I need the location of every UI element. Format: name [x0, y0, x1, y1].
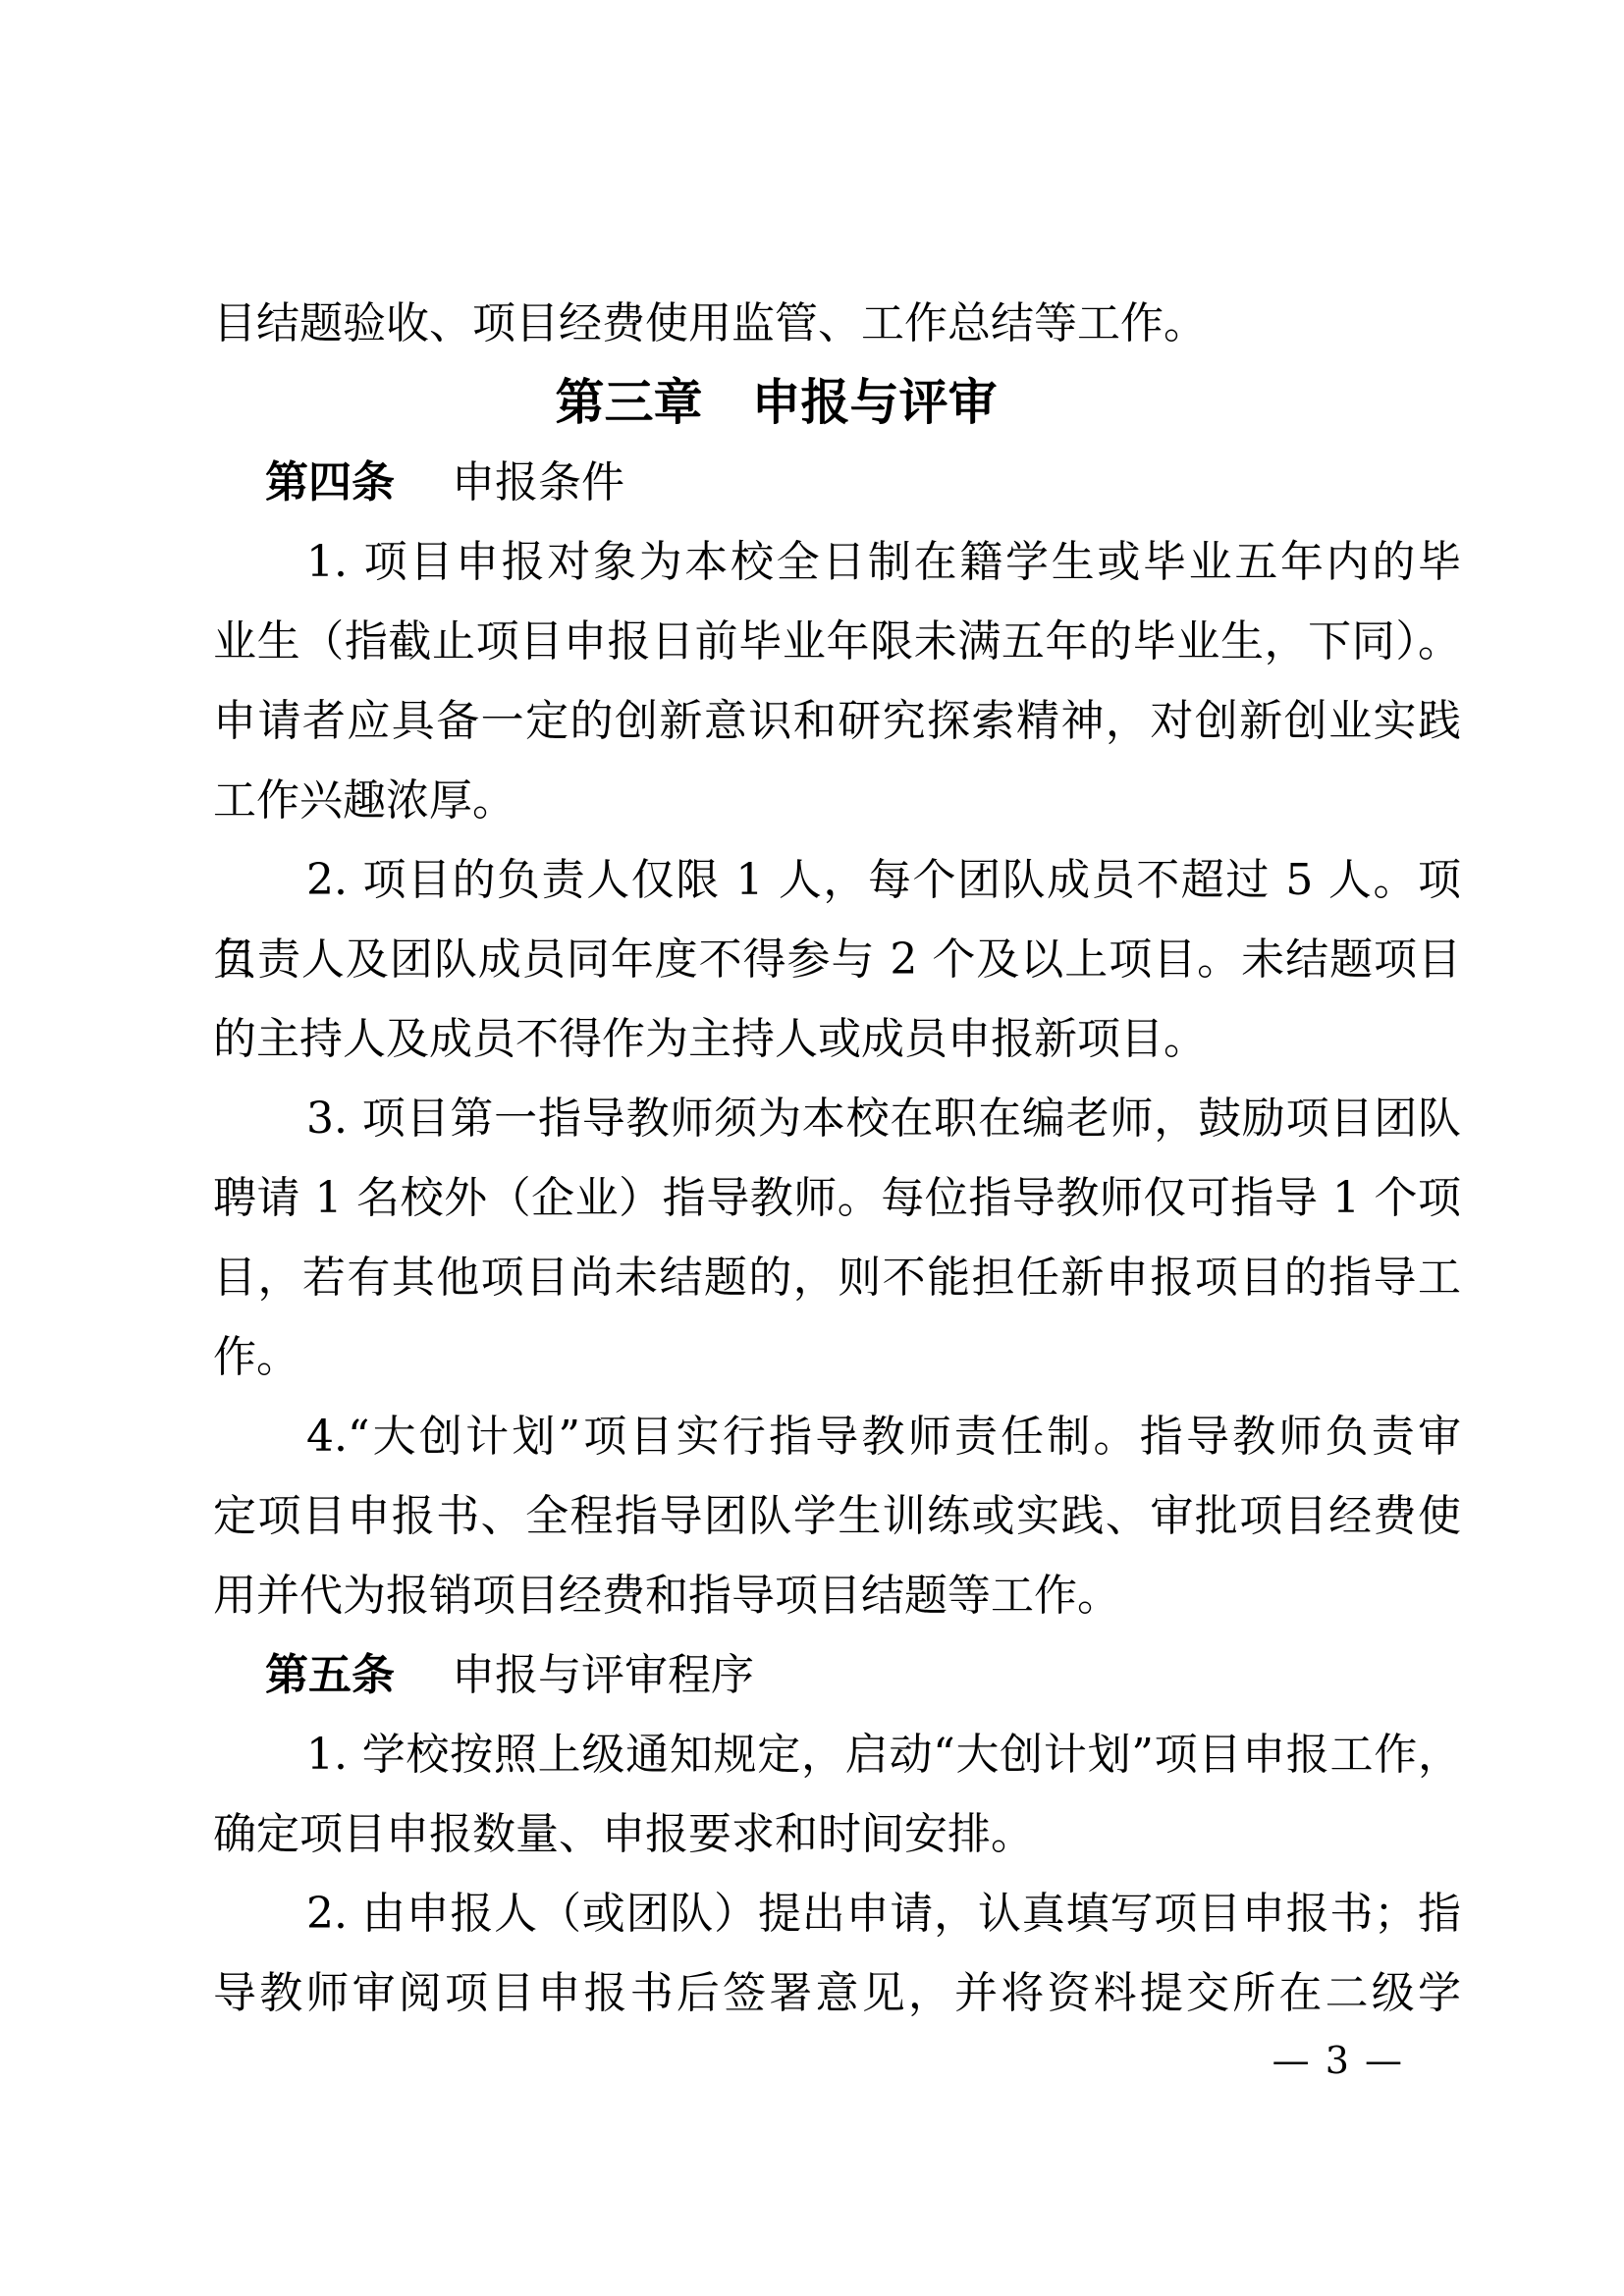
text-line: 聘请 1 名校外（企业）指导教师。每位指导教师仅可指导 1 个项	[213, 1158, 1461, 1238]
clause-title: 申报与评审程序	[452, 1650, 754, 1700]
text-line: 定项目申报书、全程指导团队学生训练或实践、审批项目经费使	[213, 1476, 1461, 1556]
text-line: 负责人及团队成员同年度不得参与 2 个及以上项目。未结题项目	[213, 920, 1461, 999]
document-body: 目结题验收、项目经费使用监管、工作总结等工作。 第三章 申报与评审 第四条申报条…	[213, 284, 1461, 2033]
text-line: 确定项目申报数量、申报要求和时间安排。	[213, 1794, 1461, 1874]
text-line: 1. 学校按照上级通知规定，启动“大创计划”项目申报工作，	[213, 1715, 1461, 1794]
text-line: 工作兴趣浓厚。	[213, 761, 1461, 840]
clause-number: 第五条	[265, 1650, 395, 1700]
chapter-heading: 第三章 申报与评审	[213, 363, 1461, 443]
text-line: 目，若有其他项目尚未结题的，则不能担任新申报项目的指导工	[213, 1238, 1461, 1317]
text-line: 4.“大创计划”项目实行指导教师责任制。指导教师负责审	[213, 1397, 1461, 1476]
clause-number: 第四条	[265, 457, 395, 507]
clause-title: 申报条件	[452, 457, 624, 507]
page-number: — 3 —	[1272, 2040, 1404, 2081]
text-line: 3. 项目第一指导教师须为本校在职在编老师，鼓励项目团队	[213, 1079, 1461, 1158]
clause-heading: 第四条申报条件	[213, 443, 1461, 522]
clause-heading: 第五条申报与评审程序	[213, 1635, 1461, 1715]
text-line: 1. 项目申报对象为本校全日制在籍学生或毕业五年内的毕	[213, 522, 1461, 602]
document-page: 目结题验收、项目经费使用监管、工作总结等工作。 第三章 申报与评审 第四条申报条…	[0, 0, 1624, 2296]
text-line: 2. 项目的负责人仅限 1 人，每个团队成员不超过 5 人。项目	[213, 840, 1461, 920]
text-line: 的主持人及成员不得作为主持人或成员申报新项目。	[213, 999, 1461, 1079]
text-line: 用并代为报销项目经费和指导项目结题等工作。	[213, 1556, 1461, 1635]
text-line: 2. 由申报人（或团队）提出申请，认真填写项目申报书；指	[213, 1874, 1461, 1953]
text-line: 导教师审阅项目申报书后签署意见，并将资料提交所在二级学	[213, 1953, 1461, 2033]
text-line: 目结题验收、项目经费使用监管、工作总结等工作。	[213, 284, 1461, 363]
text-line: 业生（指截止项目申报日前毕业年限未满五年的毕业生，下同）。	[213, 602, 1461, 681]
text-line: 作。	[213, 1317, 1461, 1397]
text-line: 申请者应具备一定的创新意识和研究探索精神，对创新创业实践	[213, 681, 1461, 761]
